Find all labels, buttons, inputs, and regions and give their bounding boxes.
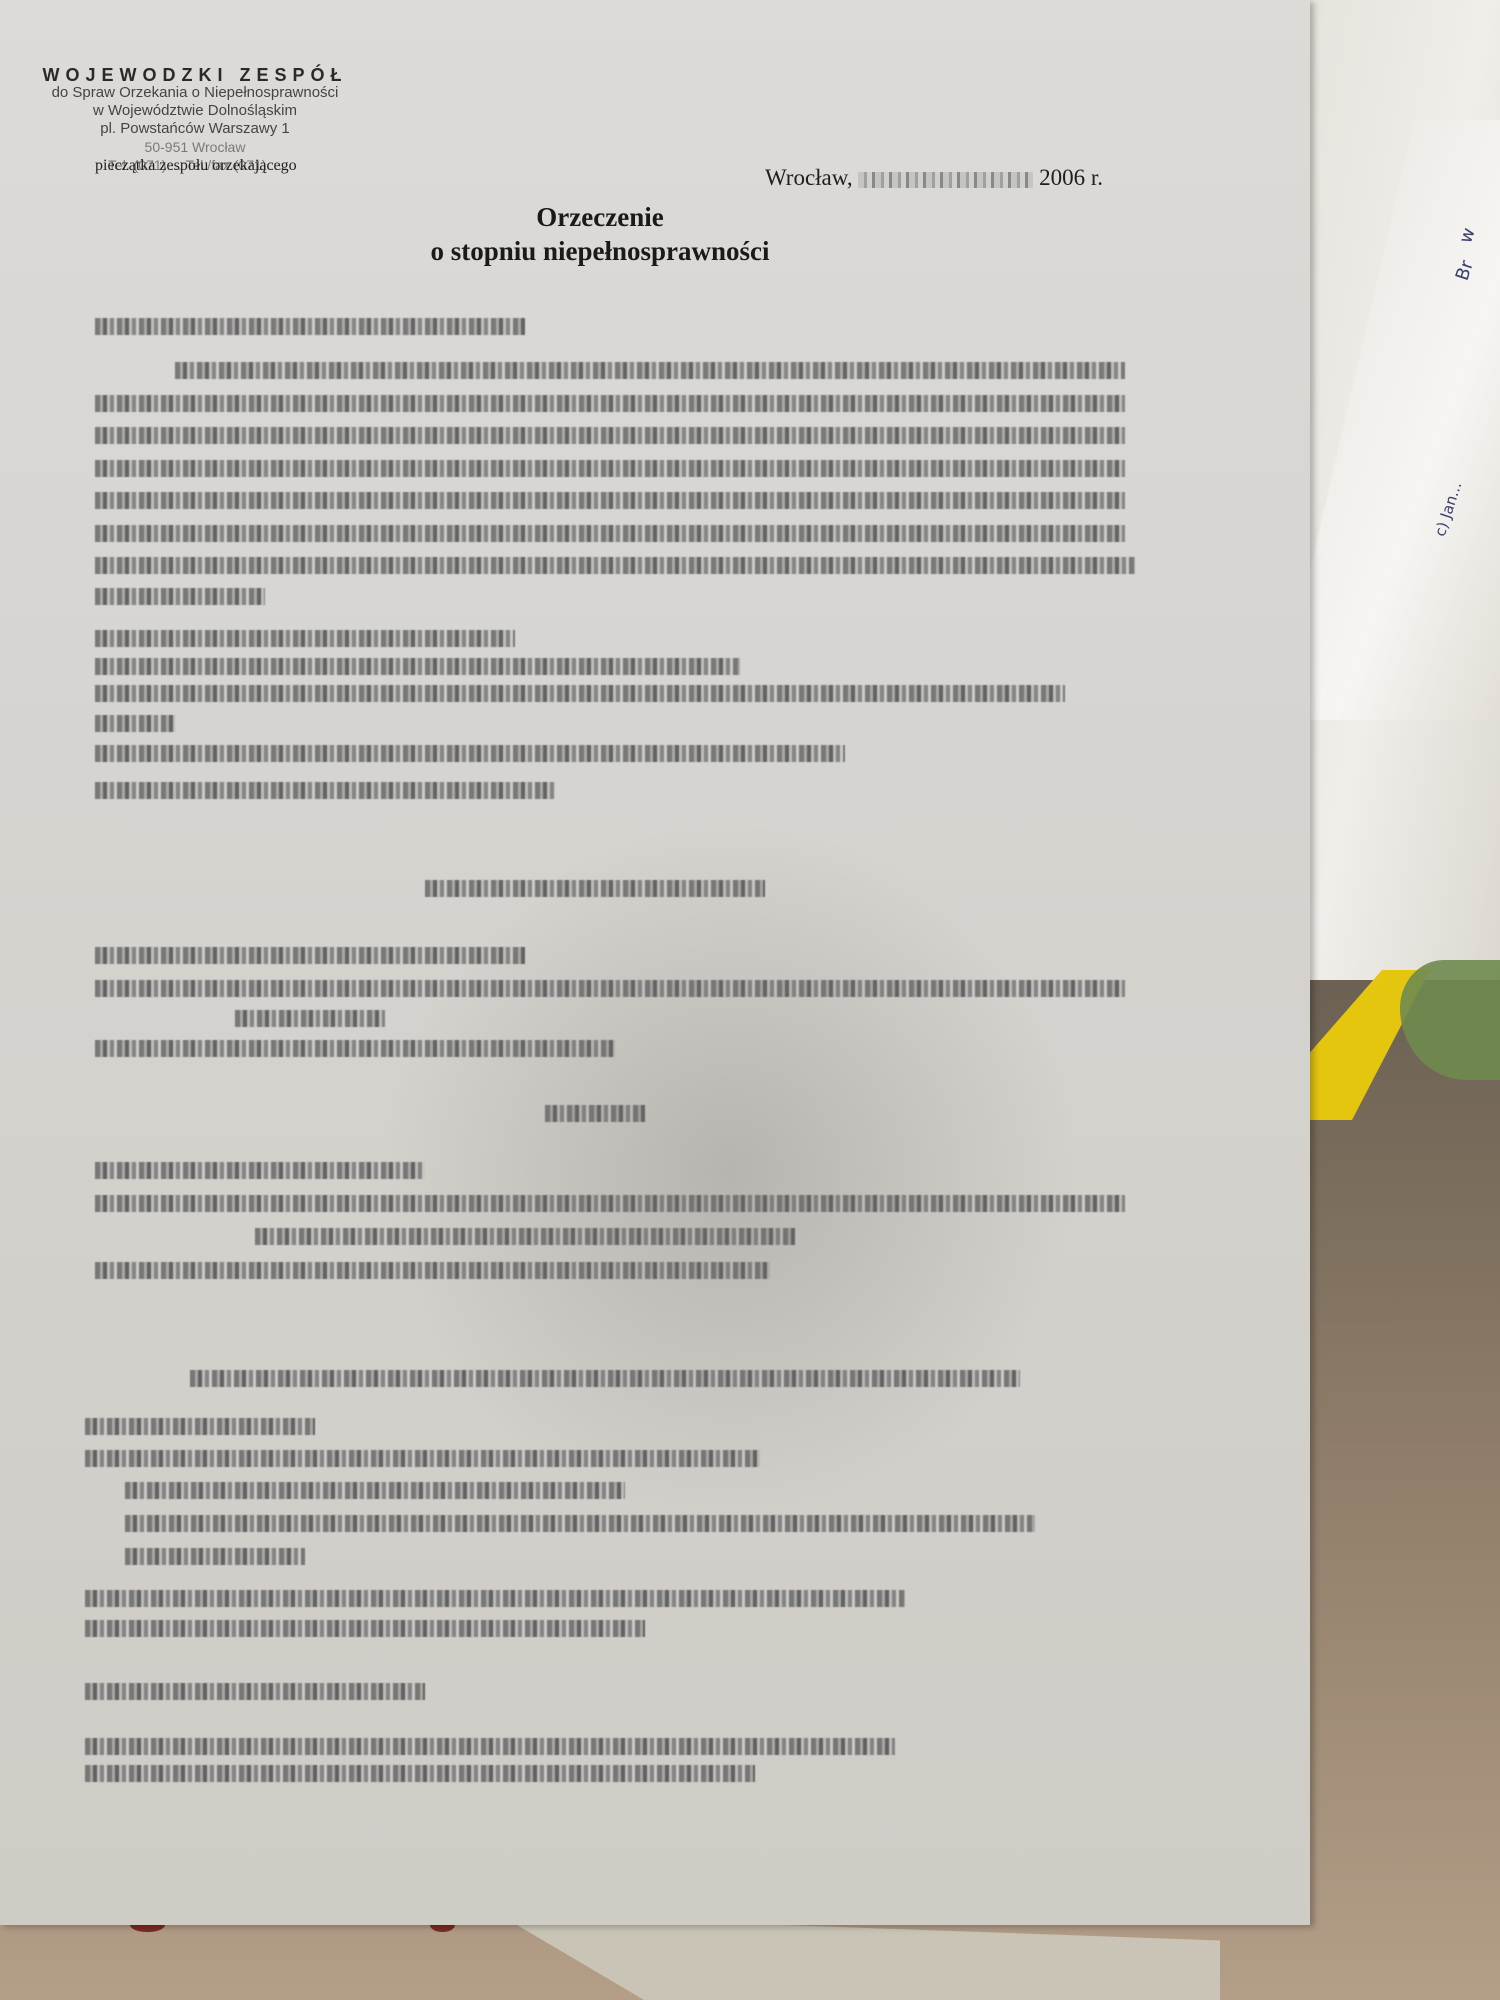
- redacted-text-line: [95, 1262, 770, 1279]
- redacted-text-line: [95, 1040, 615, 1057]
- redacted-text-line: [255, 1228, 795, 1245]
- redacted-text-line: [190, 1370, 1020, 1387]
- redacted-text-line: [85, 1450, 760, 1467]
- redacted-text-line: [95, 715, 175, 732]
- redacted-text-line: [95, 1162, 425, 1179]
- redacted-text-line: [95, 630, 515, 647]
- document-sheet: WOJEWODZKI ZESPÓŁ do Spraw Orzekania o N…: [0, 0, 1310, 1925]
- stamp-line: do Spraw Orzekania o Niepełnosprawności: [10, 84, 380, 102]
- redacted-text-line: [425, 880, 765, 897]
- redacted-text-line: [95, 460, 1125, 477]
- stamp-line: pl. Powstańców Warszawy 1: [10, 120, 380, 138]
- redacted-text-line: [95, 1195, 1125, 1212]
- redacted-text-line: [95, 395, 1125, 412]
- redacted-text-line: [85, 1738, 895, 1755]
- redacted-text-line: [545, 1105, 645, 1122]
- redacted-text-line: [125, 1515, 1035, 1532]
- redacted-text-line: [95, 525, 1125, 542]
- redacted-text-line: [95, 658, 740, 675]
- document-title: Orzeczenie: [0, 202, 1200, 233]
- stamp-line: WOJEWODZKI ZESPÓŁ: [10, 66, 380, 84]
- redacted-text-line: [95, 557, 1135, 574]
- redacted-text-line: [95, 492, 1125, 509]
- redacted-text-line: [85, 1683, 425, 1700]
- redacted-text-line: [175, 362, 1125, 379]
- redacted-text-line: [85, 1590, 905, 1607]
- redacted-text-line: [95, 947, 525, 964]
- redacted-text-line: [95, 427, 1125, 444]
- stamp-line: w Województwie Dolnośląskim: [10, 102, 380, 120]
- redacted-text-line: [85, 1765, 755, 1782]
- redacted-text-line: [95, 782, 555, 799]
- redacted-text-line: [95, 685, 1065, 702]
- redacted-text-line: [95, 318, 525, 335]
- redacted-text-line: [85, 1418, 315, 1435]
- redacted-text-line: [125, 1548, 305, 1565]
- redacted-text-line: [95, 980, 1125, 997]
- date-city: Wrocław,: [765, 165, 853, 190]
- date-year: 2006 r.: [1039, 165, 1103, 190]
- stamp-line: 50-951 Wrocław: [10, 138, 380, 156]
- redacted-text-line: [85, 1620, 645, 1637]
- redacted-text-line: [95, 588, 265, 605]
- place-date: Wrocław, 2006 r.: [765, 165, 1103, 191]
- redacted-text-line: [125, 1482, 625, 1499]
- document-subtitle: o stopniu niepełnosprawności: [0, 236, 1200, 267]
- redacted-text-line: [95, 745, 845, 762]
- redacted-text-line: [235, 1010, 385, 1027]
- stamp-caption: pieczątka zespołu orzekającego: [95, 157, 297, 175]
- redacted-date: [858, 172, 1033, 188]
